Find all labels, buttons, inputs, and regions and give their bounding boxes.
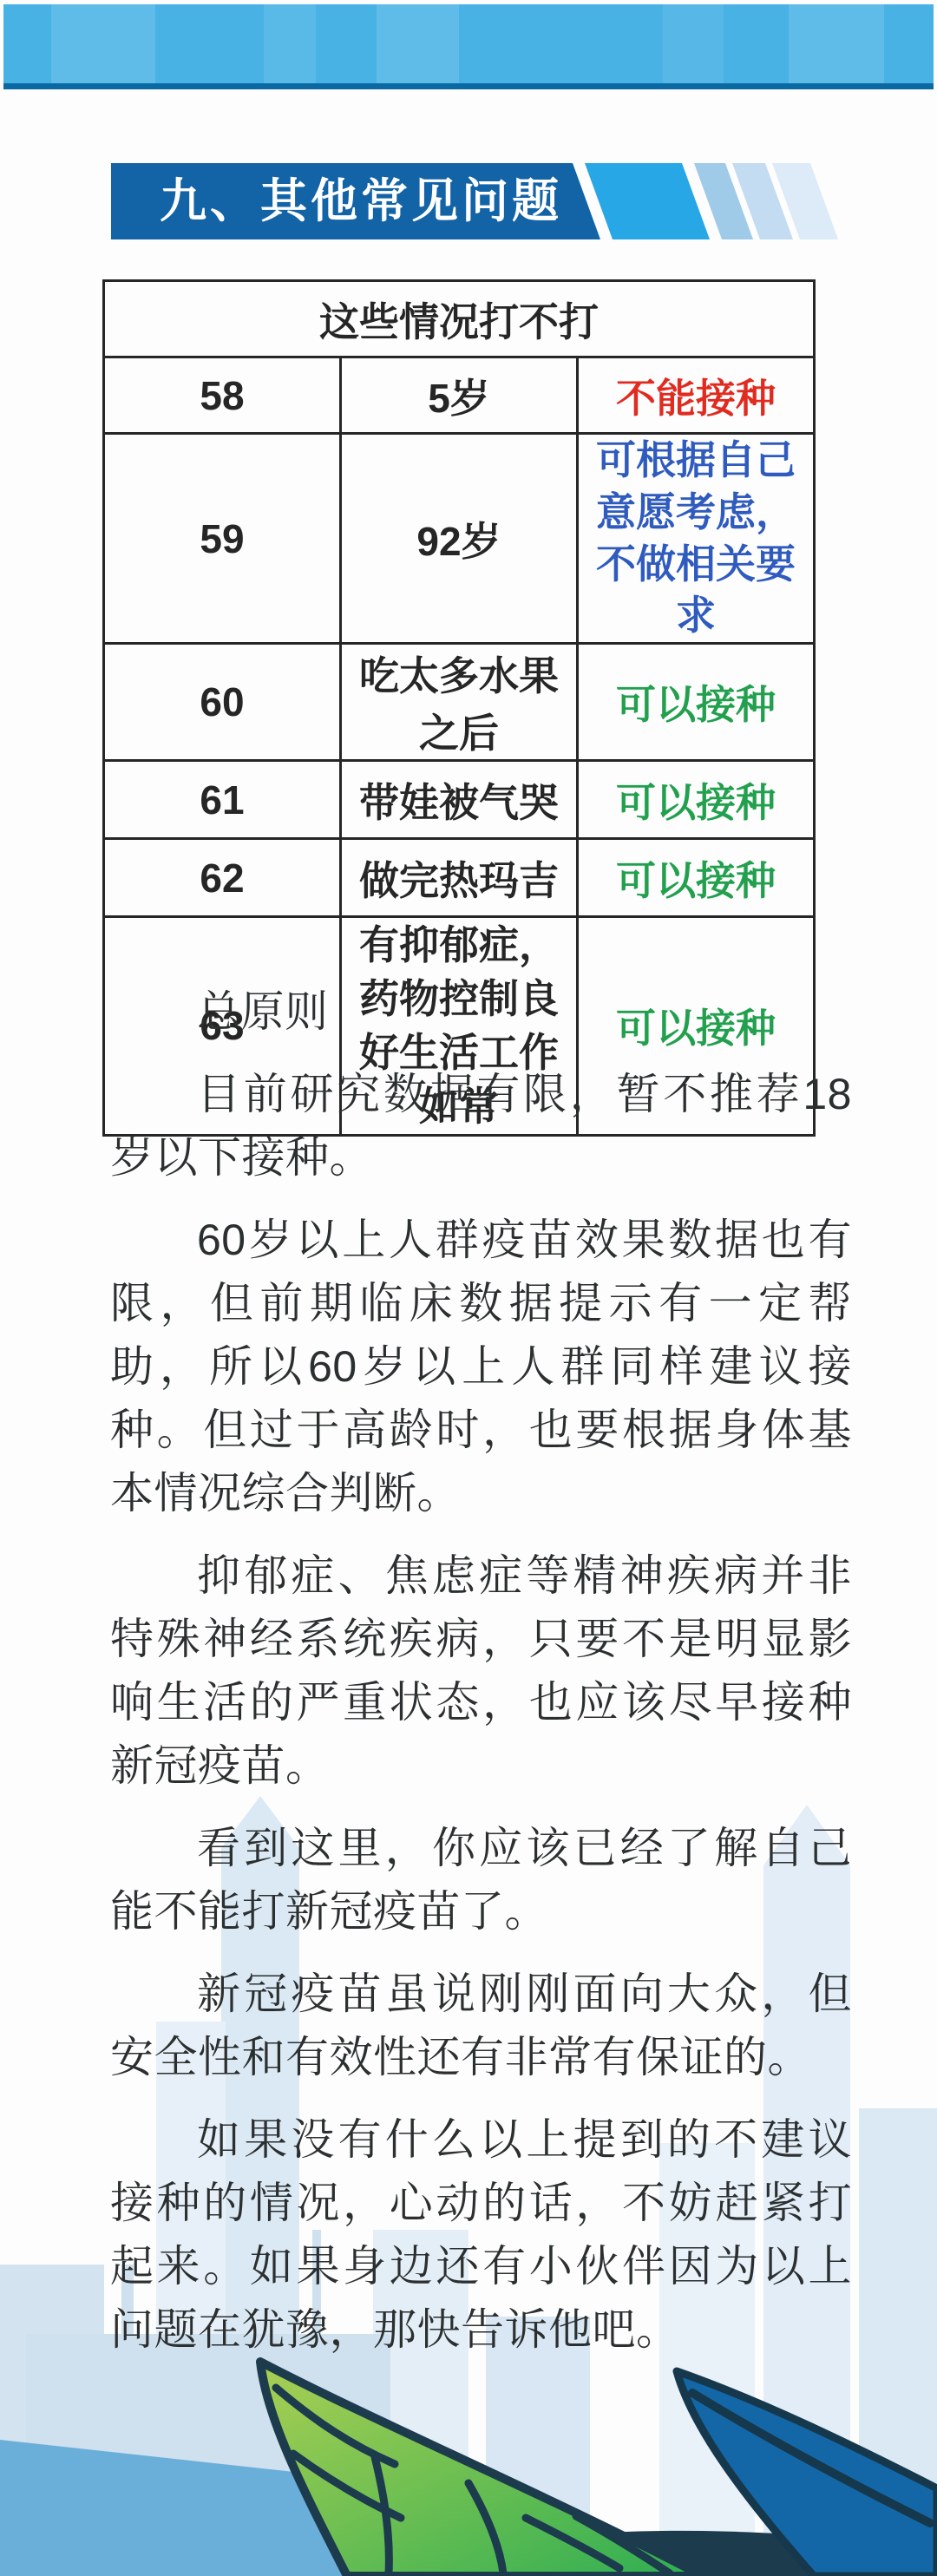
skyline-highlight [377,4,459,83]
row-verdict: 可以接种 [578,839,815,917]
article-body: 总原则 目前研究数据有限，暂不推荐18岁以下接种。 60岁以上人群疫苗效果数据也… [110,980,852,2381]
skyline-highlight [663,4,724,83]
row-situation: 5岁 [341,357,578,434]
table-title: 这些情况打不打 [104,281,815,357]
row-number: 59 [104,434,341,644]
row-situation: 92岁 [341,434,578,644]
table-row: 58 5岁 不能接种 [104,357,815,434]
row-number: 58 [104,357,341,434]
top-sky-band [3,4,934,89]
row-situation: 带娃被气哭 [341,761,578,839]
skyline-highlight [51,4,155,83]
paragraph-under-18: 目前研究数据有限，暂不推荐18岁以下接种。 [110,1063,852,1190]
table-row: 59 92岁 可根据自己意愿考虑，不做相关要求 [104,434,815,644]
row-verdict: 不能接种 [578,357,815,434]
paragraph-safety: 新冠疫苗虽说刚刚面向大众，但安全性和有效性还有非常有保证的。 [110,1963,852,2089]
paragraph-summary: 看到这里，你应该已经了解自己能不能打新冠疫苗了。 [110,1817,852,1943]
row-number: 61 [104,761,341,839]
table-row: 60 吃太多水果之后 可以接种 [104,644,815,761]
paragraph-mental-health: 抑郁症、焦虑症等精神疾病并非特殊神经系统疾病，只要不是明显影响生活的严重状态，也… [110,1544,852,1798]
green-leaf [260,2362,703,2576]
paragraph-call-to-action: 如果没有什么以上提到的不建议接种的情况，心动的话，不妨赶紧打起来。如果身边还有小… [110,2108,852,2362]
row-verdict: 可根据自己意愿考虑，不做相关要求 [578,434,815,644]
table-header-row: 这些情况打不打 [104,281,815,357]
row-situation: 吃太多水果之后 [341,644,578,761]
paragraph-general-principle: 总原则 [110,980,852,1044]
row-number: 60 [104,644,341,761]
row-situation: 做完热玛吉 [341,839,578,917]
table-row: 61 带娃被气哭 可以接种 [104,761,815,839]
section-title: 九、其他常见问题 [160,163,562,239]
row-verdict: 可以接种 [578,644,815,761]
row-number: 62 [104,839,341,917]
skyline-highlight [264,4,316,83]
skyline-highlight [789,4,884,83]
row-verdict: 可以接种 [578,761,815,839]
table-row: 62 做完热玛吉 可以接种 [104,839,815,917]
banner-accent-stripe [585,163,710,239]
paragraph-over-60: 60岁以上人群疫苗效果数据也有限，但前期临床数据提示有一定帮助，所以60岁以上人… [110,1209,852,1525]
